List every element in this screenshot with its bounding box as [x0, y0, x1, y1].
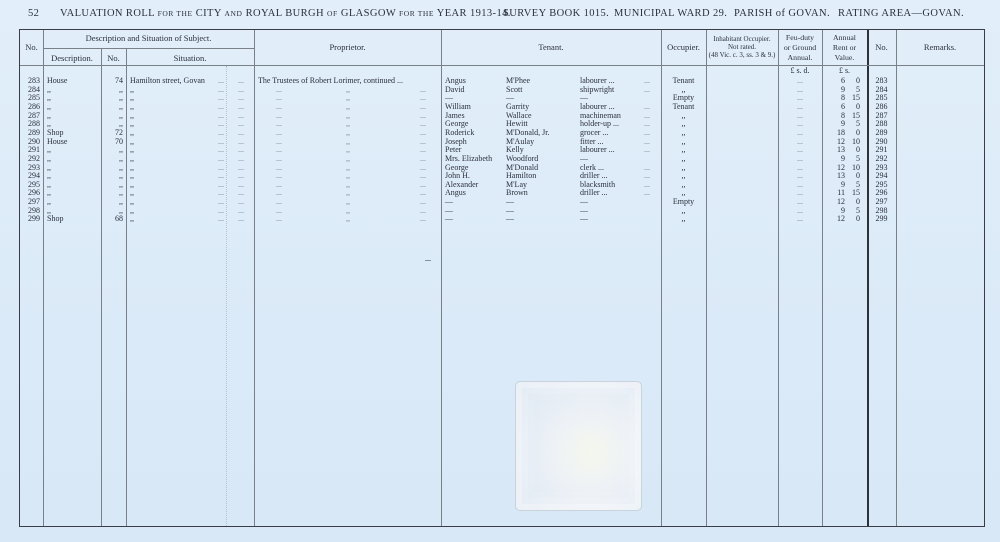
description: Shop — [47, 215, 63, 224]
page-header: 52 VALUATION ROLL FOR THE CITY AND ROYAL… — [28, 8, 990, 22]
header-tenant: Tenant. — [441, 42, 661, 52]
parish: PARISH of GOVAN. — [734, 8, 830, 19]
header-inhabitant-occupier: Inhabitant Occupier. Not rated. (48 Vic.… — [706, 35, 778, 59]
col-divider — [896, 30, 897, 526]
proprietor-dots: ... — [276, 215, 282, 224]
col-divider — [126, 49, 127, 526]
municipal-ward: MUNICIPAL WARD 29. — [614, 8, 727, 19]
entry-no-right: 299 — [867, 215, 896, 224]
roll-title: VALUATION ROLL FOR THE CITY AND ROYAL BU… — [60, 8, 511, 19]
rating-area: RATING AREA—GOVAN. — [838, 8, 964, 19]
header-description-group: Description and Situation of Subject. — [43, 33, 254, 43]
valuation-roll-page: 52 VALUATION ROLL FOR THE CITY AND ROYAL… — [0, 0, 1000, 542]
col-guide — [226, 66, 227, 526]
col-divider — [706, 30, 707, 526]
survey-book: SURVEY BOOK 1015. — [503, 8, 609, 19]
situation: ,, — [130, 215, 134, 224]
rent-shillings: 0 — [846, 215, 860, 224]
header-proprietor: Proprietor. — [254, 42, 441, 52]
subheader-rule — [43, 48, 254, 49]
ink-mark — [425, 260, 431, 261]
header-feu-duty: Feu-duty or Ground Annual. — [778, 33, 822, 63]
occupier: ,, — [661, 215, 706, 224]
street-no: 68 — [101, 215, 123, 224]
hologram-sticker — [515, 381, 642, 511]
tenant-dots: ... — [644, 86, 650, 95]
entry-no: 299 — [20, 215, 40, 224]
page-number: 52 — [28, 8, 39, 19]
header-sub-no: No. — [101, 53, 126, 63]
header-situation: Situation. — [126, 53, 254, 63]
annual-units: £ s. — [822, 67, 867, 76]
header-no-right: No. — [867, 42, 896, 52]
col-divider — [254, 30, 255, 526]
situation-dots: ... — [218, 215, 224, 224]
tenant-first-name: — — [445, 215, 453, 224]
tenant-dots: ... — [644, 146, 650, 155]
valuation-table: No. Description and Situation of Subject… — [19, 29, 985, 527]
header-remarks: Remarks. — [896, 42, 984, 52]
tenant-surname: — — [506, 215, 514, 224]
rent-pounds: 12 — [822, 215, 845, 224]
tenant-occupation: — — [580, 215, 588, 224]
feu-units: £ s. d. — [778, 67, 822, 76]
col-divider — [441, 30, 442, 526]
situation: Hamilton street, Govan — [130, 77, 205, 86]
feu-duty: ... — [778, 215, 822, 224]
proprietor-ditto: ,, — [346, 215, 350, 224]
header-no: No. — [20, 42, 43, 52]
tenant-dots: ... — [644, 189, 650, 198]
header-occupier: Occupier. — [661, 42, 706, 52]
header-description: Description. — [43, 53, 101, 63]
col-divider — [43, 30, 44, 526]
proprietor-dots: ... — [420, 215, 426, 224]
situation-dots: ... — [238, 215, 244, 224]
header-annual-rent: Annual Rent or Value. — [822, 33, 867, 63]
